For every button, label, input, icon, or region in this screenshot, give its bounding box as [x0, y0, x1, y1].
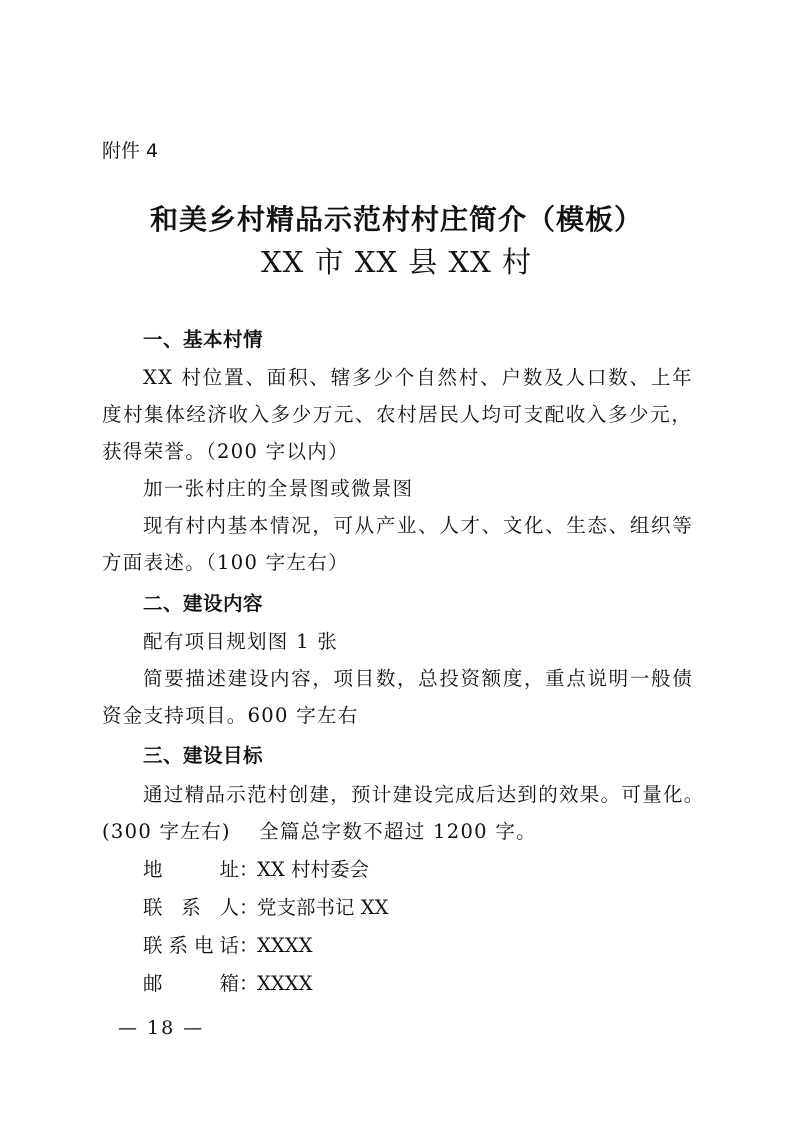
attachment-label: 附件 4: [102, 136, 158, 163]
paragraph-line: (300 字左右) 全篇总字数不超过 1200 字。: [102, 820, 692, 844]
paragraph-line: 现有村内基本情况，可从产业、人才、文化、生态、组织等: [143, 514, 693, 538]
section-heading-construction-goals: 三、建设目标: [143, 744, 693, 768]
contact-phone-row: 联系电话 ： XXXX: [143, 934, 313, 958]
paragraph-line: 配有项目规划图 1 张: [143, 630, 693, 654]
paragraph-line: 获得荣誉。（200 字以内）: [102, 440, 692, 464]
paragraph-line: 加一张村庄的全景图或微景图: [143, 477, 693, 501]
document-title: 和美乡村精品示范村村庄简介（模板）: [0, 198, 793, 238]
paragraph-line: XX 村位置、面积、辖多少个自然村、户数及人口数、上年: [143, 366, 693, 390]
document-page: 附件 4 和美乡村精品示范村村庄简介（模板） XX 市 XX 县 XX 村 一、…: [0, 0, 793, 1122]
paragraph-line: 度村集体经济收入多少万元、农村居民人均可支配收入多少元，: [102, 403, 692, 427]
section-heading-basic-info: 一、基本村情: [143, 328, 693, 352]
document-subtitle: XX 市 XX 县 XX 村: [0, 240, 793, 281]
contact-label: 地址: [143, 858, 239, 882]
contact-colon: ：: [239, 858, 257, 882]
contact-email-row: 邮箱 ： XXXX: [143, 972, 313, 996]
contact-label: 邮箱: [143, 972, 239, 996]
contact-colon: ：: [239, 896, 257, 920]
contact-colon: ：: [239, 934, 257, 958]
contact-value: XXXX: [257, 934, 313, 958]
contact-address-row: 地址 ： XX 村村委会: [143, 858, 369, 882]
contact-value: XXXX: [257, 972, 313, 996]
contact-label: 联系电话: [143, 934, 239, 958]
paragraph-line: 资金支持项目。600 字左右: [102, 704, 692, 728]
section-heading-construction-content: 二、建设内容: [143, 592, 693, 616]
contact-person-row: 联系人 ： 党支部书记 XX: [143, 896, 388, 920]
contact-label: 联系人: [143, 896, 239, 920]
contact-value: 党支部书记 XX: [257, 896, 388, 920]
contact-colon: ：: [239, 972, 257, 996]
contact-value: XX 村村委会: [257, 858, 369, 882]
paragraph-line: 通过精品示范村创建，预计建设完成后达到的效果。可量化。: [143, 783, 693, 807]
page-number: — 18 —: [118, 1017, 204, 1039]
paragraph-line: 简要描述建设内容，项目数，总投资额度，重点说明一般债: [143, 667, 693, 691]
paragraph-line: 方面表述。（100 字左右）: [102, 551, 692, 575]
